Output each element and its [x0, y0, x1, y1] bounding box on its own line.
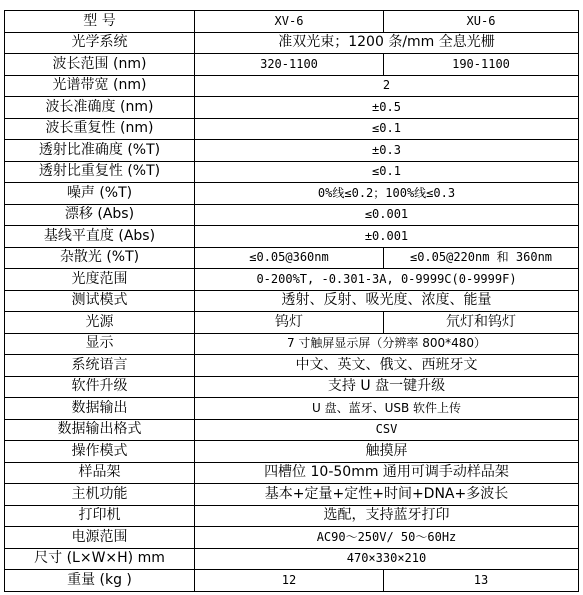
row-label: 样品架: [5, 462, 195, 484]
row-label: 噪声 (%T): [5, 183, 195, 205]
row-value: 支持 U 盘一键升级: [195, 376, 579, 398]
row-value-xv6: 12: [195, 570, 384, 592]
table-row-wavelength-accuracy: 波长准确度 (nm) ±0.5: [5, 97, 579, 119]
row-label: 波长范围 (nm): [5, 54, 195, 76]
table-row-printer: 打印机 选配，支持蓝牙打印: [5, 505, 579, 527]
row-value: ≤0.1: [195, 118, 579, 140]
row-label: 测试模式: [5, 290, 195, 312]
row-value: 0%线≤0.2；100%线≤0.3: [195, 183, 579, 205]
table-row-weight: 重量 (kg ) 12 13: [5, 570, 579, 592]
row-value: 四槽位 10-50mm 通用可调手动样品架: [195, 462, 579, 484]
row-label: 波长准确度 (nm): [5, 97, 195, 119]
row-value: 基本+定量+定性+时间+DNA+多波长: [195, 484, 579, 506]
table-row-main-functions: 主机功能 基本+定量+定性+时间+DNA+多波长: [5, 484, 579, 506]
table-row-data-output: 数据输出 U 盘、蓝牙、USB 软件上传: [5, 398, 579, 420]
row-value: ±0.3: [195, 140, 579, 162]
table-row-spectral-bandwidth: 光谱带宽 (nm) 2: [5, 75, 579, 97]
row-label: 透射比准确度 (%T): [5, 140, 195, 162]
row-value: AC90～250V/ 50～60Hz: [195, 527, 579, 549]
row-value: ≤0.1: [195, 161, 579, 183]
row-label: 数据输出: [5, 398, 195, 420]
spec-table: 型 号 XV-6 XU-6 光学系统 准双光束；1200 条/mm 全息光栅 波…: [4, 10, 579, 592]
row-value: U 盘、蓝牙、USB 软件上传: [195, 398, 579, 420]
row-label: 操作模式: [5, 441, 195, 463]
row-value: ±0.5: [195, 97, 579, 119]
table-row-display: 显示 7 寸触屏显示屏（分辨率 800*480）: [5, 333, 579, 355]
table-row-baseline-flatness: 基线平直度 (Abs) ±0.001: [5, 226, 579, 248]
row-label: 系统语言: [5, 355, 195, 377]
row-label: 重量 (kg ): [5, 570, 195, 592]
row-value-xv6: ≤0.05@360nm: [195, 247, 384, 269]
table-row-drift: 漂移 (Abs) ≤0.001: [5, 204, 579, 226]
row-label: 光学系统: [5, 32, 195, 54]
row-label: 尺寸 (L×W×H) mm: [5, 548, 195, 570]
row-value: CSV: [195, 419, 579, 441]
row-value-xv6: 钨灯: [195, 312, 384, 334]
table-row-wavelength-range: 波长范围 (nm) 320-1100 190-1100: [5, 54, 579, 76]
row-label: 漂移 (Abs): [5, 204, 195, 226]
row-label: 杂散光 (%T): [5, 247, 195, 269]
table-row-dimensions: 尺寸 (L×W×H) mm 470×330×210: [5, 548, 579, 570]
row-value: 选配，支持蓝牙打印: [195, 505, 579, 527]
row-label: 主机功能: [5, 484, 195, 506]
row-value-xu6: 190-1100: [384, 54, 579, 76]
table-row-photometric-range: 光度范围 0-200%T, -0.301-3A, 0-9999C(0-9999F…: [5, 269, 579, 291]
table-row-sample-holder: 样品架 四槽位 10-50mm 通用可调手动样品架: [5, 462, 579, 484]
row-value-xu6: 氘灯和钨灯: [384, 312, 579, 334]
table-row-optical-system: 光学系统 准双光束；1200 条/mm 全息光栅: [5, 32, 579, 54]
table-row-wavelength-repeatability: 波长重复性 (nm) ≤0.1: [5, 118, 579, 140]
row-label: 打印机: [5, 505, 195, 527]
model-xu6: XU-6: [384, 11, 579, 33]
table-row-noise: 噪声 (%T) 0%线≤0.2；100%线≤0.3: [5, 183, 579, 205]
row-label: 波长重复性 (nm): [5, 118, 195, 140]
row-value: ≤0.001: [195, 204, 579, 226]
model-label: 型 号: [5, 11, 195, 33]
row-label: 光源: [5, 312, 195, 334]
table-row-operation-mode: 操作模式 触摸屏: [5, 441, 579, 463]
table-row-transmittance-repeatability: 透射比重复性 (%T) ≤0.1: [5, 161, 579, 183]
row-label: 数据输出格式: [5, 419, 195, 441]
row-value: ±0.001: [195, 226, 579, 248]
table-row-data-output-format: 数据输出格式 CSV: [5, 419, 579, 441]
row-label: 电源范围: [5, 527, 195, 549]
row-label: 透射比重复性 (%T): [5, 161, 195, 183]
row-value: 准双光束；1200 条/mm 全息光栅: [195, 32, 579, 54]
table-row-test-modes: 测试模式 透射、反射、吸光度、浓度、能量: [5, 290, 579, 312]
header-row: 型 号 XV-6 XU-6: [5, 11, 579, 33]
row-value: 0-200%T, -0.301-3A, 0-9999C(0-9999F): [195, 269, 579, 291]
table-row-transmittance-accuracy: 透射比准确度 (%T) ±0.3: [5, 140, 579, 162]
model-xv6: XV-6: [195, 11, 384, 33]
row-value: 触摸屏: [195, 441, 579, 463]
table-row-software-upgrade: 软件升级 支持 U 盘一键升级: [5, 376, 579, 398]
table-row-stray-light: 杂散光 (%T) ≤0.05@360nm ≤0.05@220nm 和 360nm: [5, 247, 579, 269]
row-value: 7 寸触屏显示屏（分辨率 800*480）: [195, 333, 579, 355]
row-value-xv6: 320-1100: [195, 54, 384, 76]
table-row-system-language: 系统语言 中文、英文、俄文、西班牙文: [5, 355, 579, 377]
table-row-light-source: 光源 钨灯 氘灯和钨灯: [5, 312, 579, 334]
row-label: 光谱带宽 (nm): [5, 75, 195, 97]
row-value-xu6: 13: [384, 570, 579, 592]
row-value: 470×330×210: [195, 548, 579, 570]
row-label: 软件升级: [5, 376, 195, 398]
row-label: 光度范围: [5, 269, 195, 291]
row-value: 透射、反射、吸光度、浓度、能量: [195, 290, 579, 312]
row-value: 中文、英文、俄文、西班牙文: [195, 355, 579, 377]
table-row-power-range: 电源范围 AC90～250V/ 50～60Hz: [5, 527, 579, 549]
row-label: 基线平直度 (Abs): [5, 226, 195, 248]
row-value: 2: [195, 75, 579, 97]
row-value-xu6: ≤0.05@220nm 和 360nm: [384, 247, 579, 269]
row-label: 显示: [5, 333, 195, 355]
